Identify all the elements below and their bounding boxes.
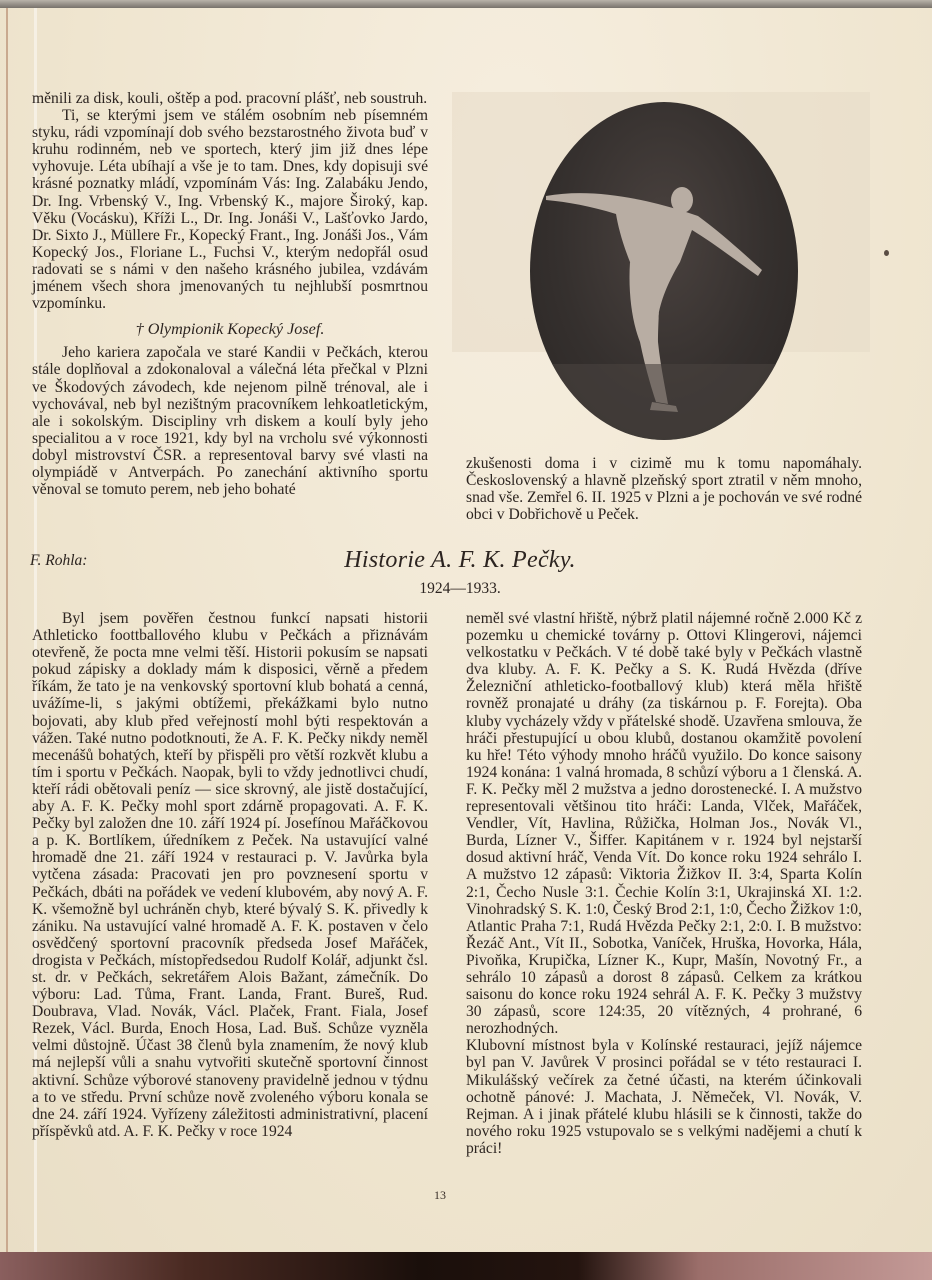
paragraph: Ti, se kterými jsem ve stálém osobním ne… [32,107,428,312]
obituary-subheading: † Olympionik Kopecký Josef. [32,321,428,338]
article-left-column: Byl jsem pověřen čestnou funkcí napsati … [32,610,428,1140]
paragraph: měnili za disk, kouli, oštěp a pod. prac… [32,90,428,107]
article-years: 1924—1933. [250,580,670,598]
paragraph: Byl jsem pověřen čestnou funkcí napsati … [32,610,428,1140]
author-byline: F. Rohla: [30,552,87,570]
athlete-figure-icon [530,102,798,440]
discus-thrower-photo [530,102,798,440]
page-number: 13 [434,1188,446,1203]
spine-edge [6,8,8,1252]
article-right-column: neměl své vlastní hřiště, nýbrž platil n… [466,610,862,1157]
paragraph: neměl své vlastní hřiště, nýbrž platil n… [466,610,862,1037]
paragraph: Klubovní místnost byla v Kolínské restau… [466,1037,862,1157]
obituary-paragraph: Jeho kariera započala ve staré Kandii v … [32,344,428,498]
ink-speck [884,250,889,256]
article-title: Historie A. F. K. Pečky. [250,547,670,574]
background-below-page [0,1252,932,1280]
obituary-paragraph-continued: zkušenosti doma i v cizimě mu k tomu nap… [466,455,862,523]
previous-article-column: měnili za disk, kouli, oštěp a pod. prac… [32,90,428,498]
obituary-continued-column: zkušenosti doma i v cizimě mu k tomu nap… [466,455,862,523]
